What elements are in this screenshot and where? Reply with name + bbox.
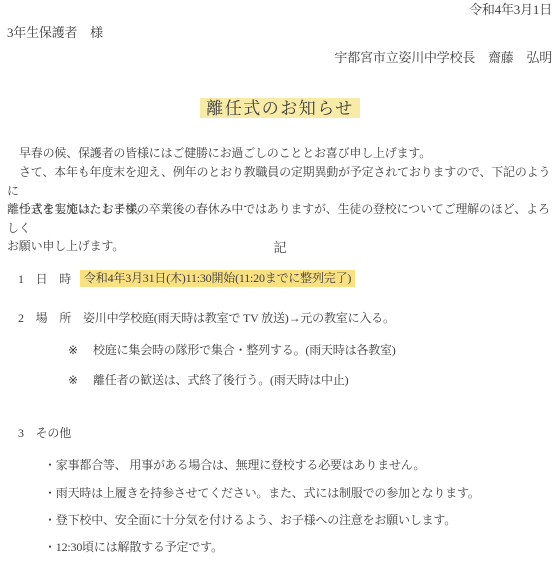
letter-sender-signature: 宇都宮市立姿川中学校長 齋藤 弘明: [334, 50, 552, 65]
note-assembly-text: 校庭に集会時の隊形で集合・整列する。(雨天時は各教室): [93, 343, 396, 358]
item-place-value: 姿川中学校庭(雨天時は教室で TV 放送)→元の教室に入る。: [83, 311, 395, 326]
letter-title-row: 離任式のお知らせ: [0, 98, 560, 118]
letter-page: 令和4年3月1日 3年生保護者 様 宇都宮市立姿川中学校長 齋藤 弘明 離任式の…: [0, 0, 560, 566]
bullet-dismissal-time: ・12:30頃には解散する予定です。: [44, 540, 223, 555]
item-datetime-value: 令和4年3月31日(木)11:30開始(11:20までに整列完了): [80, 270, 355, 287]
item-place-label: 2 場 所: [18, 311, 71, 326]
letter-recipient: 3年生保護者 様: [7, 25, 103, 40]
greeting-paragraph: 早春の候、保護者の皆様にはご健勝にお過ごしのこととお喜び申し上げます。: [7, 144, 555, 163]
item-datetime-label: 1 日 時: [18, 272, 71, 287]
letter-title: 離任式のお知らせ: [200, 98, 360, 118]
note-assembly-marker: ※: [68, 343, 78, 358]
note-sendoff-marker: ※: [68, 373, 78, 388]
item-datetime-value-row: 令和4年3月31日(木)11:30開始(11:20までに整列完了): [80, 271, 355, 286]
bullet-no-obligation: ・家事都合等、 用事がある場合は、無理に登校する必要はありません。: [44, 458, 425, 473]
ki-marker: 記: [0, 240, 560, 255]
note-sendoff-text: 離任者の歓送は、式終了後行う。(雨天時は中止): [93, 373, 348, 388]
letter-issue-date: 令和4年3月1日: [469, 2, 552, 17]
bullet-safety: ・登下校中、安全面に十分気を付けるよう、お子様への注意をお願いします。: [44, 513, 456, 528]
item-other-label: 3 その他: [18, 426, 71, 441]
bullet-indoor-shoes: ・雨天時は上履きを持参させてください。また、式には制服での参加となります。: [44, 486, 480, 501]
